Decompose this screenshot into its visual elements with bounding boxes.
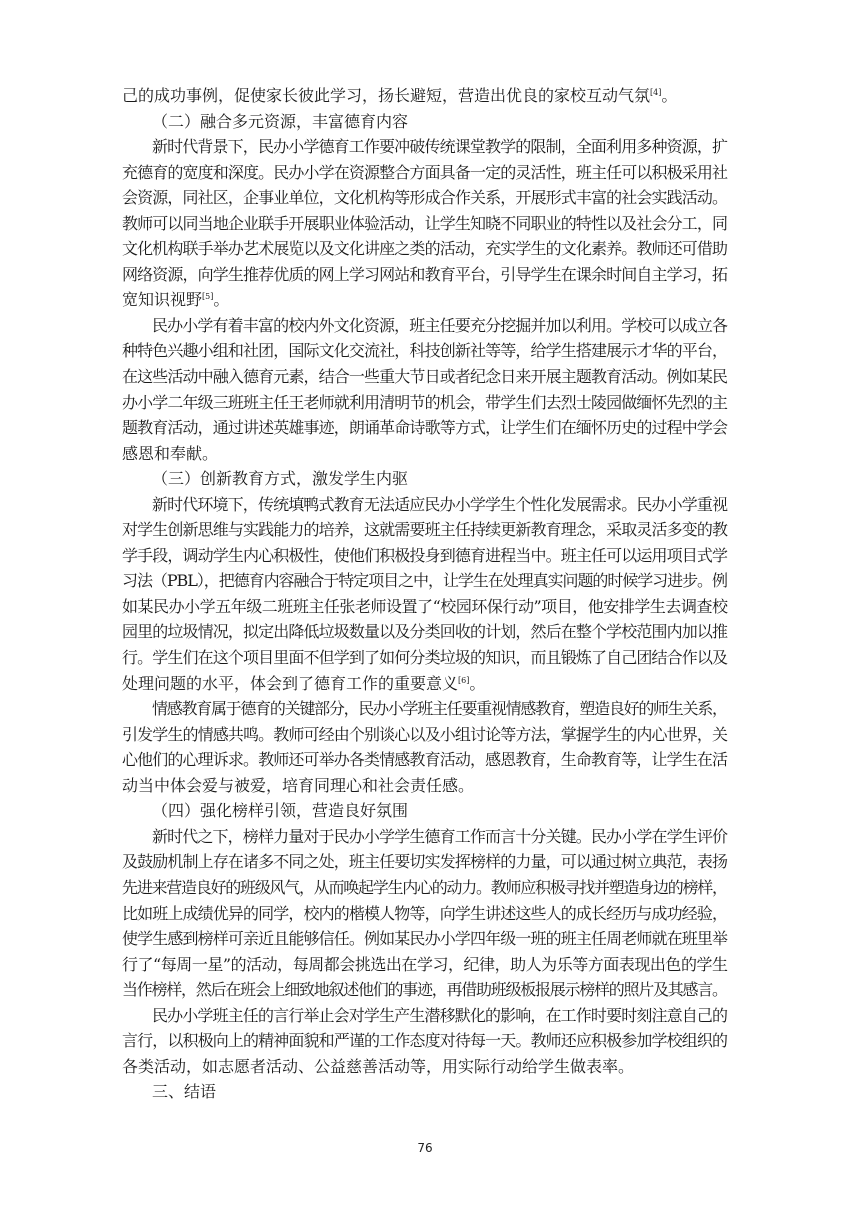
line-text: 网络资源，向学生推荐优质的网上学习网站和教育平台，引导学生在课余时间自主学习，拓 (122, 265, 727, 284)
line-text: 种特色兴趣小组和社团，国际文化交流社，科技创新社等等，给学生搭建展示才华的平台， (122, 341, 727, 360)
line-text: 民办小学有着丰富的校内外文化资源，班主任要充分挖掘并加以利用。学校可以成立各 (152, 316, 727, 335)
section-heading: 三、结语 (122, 1079, 728, 1105)
text-line: 网络资源，向学生推荐优质的网上学习网站和教育平台，引导学生在课余时间自主学习，拓 (122, 262, 728, 288)
line-text: 情感教育属于德育的关键部分，民办小学班主任要重视情感教育，塑造良好的师生关系， (152, 699, 727, 718)
line-text: 先进来营造良好的班级风气，从而唤起学生内心的动力。教师应积极寻找并塑造身边的榜样… (122, 878, 727, 897)
line-text: 学手段，调动学生内心积极性，使他们积极投身到德育进程当中。班主任可以运用项目式学 (122, 546, 727, 565)
citation-marker: [4] (650, 88, 661, 97)
text-line: 使学生感到榜样可亲近且能够信任。例如某民办小学四年级一班的班主任周老师就在班里举 (122, 926, 728, 952)
body-text: 己的成功事例，促使家长彼此学习，扬长避短，营造出优良的家校互动气氛[4]。（二）… (122, 83, 728, 1105)
text-line: 在这些活动中融入德育元素，结合一些重大节日或者纪念日来开展主题教育活动。例如某民 (122, 364, 728, 390)
text-line: 新时代背景下，民办小学德育工作要冲破传统课堂教学的限制，全面利用多种资源，扩 (122, 134, 728, 160)
line-text: 各类活动，如志愿者活动、公益慈善活动等，用实际行动给学生做表率。 (122, 1057, 634, 1076)
line-text: （三）创新教育方式，激发学生内驱 (152, 469, 408, 488)
line-text: 新时代背景下，民办小学德育工作要冲破传统课堂教学的限制，全面利用多种资源，扩 (152, 137, 727, 156)
text-line: 学手段，调动学生内心积极性，使他们积极投身到德育进程当中。班主任可以运用项目式学 (122, 543, 728, 569)
line-text: 题教育活动，通过讲述英雄事迹，朗诵革命诗歌等方式，让学生们在缅怀历史的过程中学会 (122, 418, 727, 437)
text-line: 新时代环境下，传统填鸭式教育无法适应民办小学学生个性化发展需求。民办小学重视 (122, 492, 728, 518)
line-text: 及鼓励机制上存在诸多不同之处，班主任要切实发挥榜样的力量，可以通过树立典范，表扬 (122, 852, 727, 871)
text-line: 处理问题的水平，体会到了德育工作的重要意义[6]。 (122, 671, 728, 697)
line-text: 使学生感到榜样可亲近且能够信任。例如某民办小学四年级一班的班主任周老师就在班里举 (122, 929, 727, 948)
text-line: 习法（PBL），把德育内容融合于特定项目之中，让学生在处理真实问题的时候学习进步… (122, 568, 728, 594)
text-line: 当作榜样，然后在班会上细致地叙述他们的事迹，再借助班级板报展示榜样的照片及其感言… (122, 977, 728, 1003)
section-heading: （三）创新教育方式，激发学生内驱 (122, 466, 728, 492)
text-line: 言行，以积极向上的精神面貌和严谨的工作态度对待每一天。教师还应积极参加学校组织的 (122, 1028, 728, 1054)
line-text: 宽知识视野 (122, 290, 202, 309)
line-text: （四）强化榜样引领，营造良好氛围 (152, 801, 408, 820)
text-line: 教师可以同当地企业联手开展职业体验活动，让学生知晓不同职业的特性以及社会分工，同 (122, 211, 728, 237)
text-line: 文化机构联手举办艺术展览以及文化讲座之类的活动，充实学生的文化素养。教师还可借助 (122, 236, 728, 262)
line-text: 在这些活动中融入德育元素，结合一些重大节日或者纪念日来开展主题教育活动。例如某民 (122, 367, 727, 386)
citation-marker: [5] (202, 292, 213, 301)
line-text: 心他们的心理诉求。教师还可举办各类情感教育活动，感恩教育，生命教育等，让学生在活 (122, 750, 727, 769)
section-heading: （二）融合多元资源，丰富德育内容 (122, 109, 728, 135)
text-line: 新时代之下，榜样力量对于民办小学学生德育工作而言十分关键。民办小学在学生评价 (122, 824, 728, 850)
line-text: 言行，以积极向上的精神面貌和严谨的工作态度对待每一天。教师还应积极参加学校组织的 (122, 1031, 727, 1050)
text-line: 充德育的宽度和深度。民办小学在资源整合方面具备一定的灵活性，班主任可以积极采用社 (122, 160, 728, 186)
text-line: 会资源，同社区，企事业单位，文化机构等形成合作关系，开展形式丰富的社会实践活动。 (122, 185, 728, 211)
line-text: 对学生创新思维与实践能力的培养，这就需要班主任持续更新教育理念，采取灵活多变的教 (122, 520, 727, 539)
section-heading: （四）强化榜样引领，营造良好氛围 (122, 798, 728, 824)
text-line: 各类活动，如志愿者活动、公益慈善活动等，用实际行动给学生做表率。 (122, 1054, 728, 1080)
line-text: 如某民办小学五年级二班班主任张老师设置了“校园环保行动”项目，他安排学生去调查校 (122, 597, 728, 616)
line-text: 新时代环境下，传统填鸭式教育无法适应民办小学学生个性化发展需求。民办小学重视 (152, 495, 727, 514)
text-line: 感恩和奉献。 (122, 441, 728, 467)
line-text: 感恩和奉献。 (122, 444, 218, 463)
text-line: 如某民办小学五年级二班班主任张老师设置了“校园环保行动”项目，他安排学生去调查校 (122, 594, 728, 620)
line-tail: 。 (661, 86, 677, 105)
text-line: 比如班上成绩优异的同学，校内的楷模人物等，向学生讲述这些人的成长经历与成功经验， (122, 901, 728, 927)
line-text: （二）融合多元资源，丰富德育内容 (152, 112, 408, 131)
line-text: 动当中体会爱与被爱，培育同理心和社会责任感。 (122, 776, 474, 795)
text-line: 园里的垃圾情况，拟定出降低垃圾数量以及分类回收的计划，然后在整个学校范围内加以推 (122, 619, 728, 645)
line-text: 办小学二年级三班班主任王老师就利用清明节的机会，带学生们去烈士陵园做缅怀先烈的主 (122, 393, 727, 412)
line-text: 行。学生们在这个项目里面不但学到了如何分类垃圾的知识，而且锻炼了自己团结合作以及 (122, 648, 727, 667)
line-text: 园里的垃圾情况，拟定出降低垃圾数量以及分类回收的计划，然后在整个学校范围内加以推 (122, 622, 727, 641)
text-line: 对学生创新思维与实践能力的培养，这就需要班主任持续更新教育理念，采取灵活多变的教 (122, 517, 728, 543)
line-text: 教师可以同当地企业联手开展职业体验活动，让学生知晓不同职业的特性以及社会分工，同 (122, 214, 727, 233)
line-text: 己的成功事例，促使家长彼此学习，扬长避短，营造出优良的家校互动气氛 (122, 86, 650, 105)
text-line: 引发学生的情感共鸣。教师可经由个别谈心以及小组讨论等方法，掌握学生的内心世界，关 (122, 722, 728, 748)
text-line: 行了“每周一星”的活动，每周都会挑选出在学习，纪律，助人为乐等方面表现出色的学生 (122, 952, 728, 978)
line-text: 处理问题的水平，体会到了德育工作的重要意义 (122, 674, 458, 693)
document-page: 己的成功事例，促使家长彼此学习，扬长避短，营造出优良的家校互动气氛[4]。（二）… (0, 0, 850, 1205)
line-tail: 。 (213, 290, 229, 309)
text-line: 己的成功事例，促使家长彼此学习，扬长避短，营造出优良的家校互动气氛[4]。 (122, 83, 728, 109)
line-text: 比如班上成绩优异的同学，校内的楷模人物等，向学生讲述这些人的成长经历与成功经验， (122, 904, 727, 923)
line-text: 会资源，同社区，企事业单位，文化机构等形成合作关系，开展形式丰富的社会实践活动。 (122, 188, 727, 207)
text-line: 题教育活动，通过讲述英雄事迹，朗诵革命诗歌等方式，让学生们在缅怀历史的过程中学会 (122, 415, 728, 441)
line-text: 习法（PBL），把德育内容融合于特定项目之中，让学生在处理真实问题的时候学习进步… (122, 571, 727, 590)
citation-marker: [6] (458, 676, 469, 685)
line-tail: 。 (469, 674, 485, 693)
line-text: 充德育的宽度和深度。民办小学在资源整合方面具备一定的灵活性，班主任可以积极采用社 (122, 163, 727, 182)
line-text: 文化机构联手举办艺术展览以及文化讲座之类的活动，充实学生的文化素养。教师还可借助 (122, 239, 727, 258)
line-text: 当作榜样，然后在班会上细致地叙述他们的事迹，再借助班级板报展示榜样的照片及其感言… (122, 980, 727, 999)
text-line: 心他们的心理诉求。教师还可举办各类情感教育活动，感恩教育，生命教育等，让学生在活 (122, 747, 728, 773)
text-line: 及鼓励机制上存在诸多不同之处，班主任要切实发挥榜样的力量，可以通过树立典范，表扬 (122, 849, 728, 875)
text-line: 办小学二年级三班班主任王老师就利用清明节的机会，带学生们去烈士陵园做缅怀先烈的主 (122, 390, 728, 416)
line-text: 行了“每周一星”的活动，每周都会挑选出在学习，纪律，助人为乐等方面表现出色的学生 (122, 955, 728, 974)
text-line: 宽知识视野[5]。 (122, 287, 728, 313)
line-text: 民办小学班主任的言行举止会对学生产生潜移默化的影响，在工作时要时刻注意自己的 (152, 1006, 727, 1025)
page-number: 76 (0, 1141, 850, 1155)
text-line: 民办小学有着丰富的校内外文化资源，班主任要充分挖掘并加以利用。学校可以成立各 (122, 313, 728, 339)
text-line: 先进来营造良好的班级风气，从而唤起学生内心的动力。教师应积极寻找并塑造身边的榜样… (122, 875, 728, 901)
line-text: 新时代之下，榜样力量对于民办小学学生德育工作而言十分关键。民办小学在学生评价 (152, 827, 727, 846)
line-text: 三、结语 (152, 1082, 216, 1101)
line-text: 引发学生的情感共鸣。教师可经由个别谈心以及小组讨论等方法，掌握学生的内心世界，关 (122, 725, 727, 744)
text-line: 情感教育属于德育的关键部分，民办小学班主任要重视情感教育，塑造良好的师生关系， (122, 696, 728, 722)
text-line: 民办小学班主任的言行举止会对学生产生潜移默化的影响，在工作时要时刻注意自己的 (122, 1003, 728, 1029)
text-line: 种特色兴趣小组和社团，国际文化交流社，科技创新社等等，给学生搭建展示才华的平台， (122, 338, 728, 364)
text-line: 动当中体会爱与被爱，培育同理心和社会责任感。 (122, 773, 728, 799)
text-line: 行。学生们在这个项目里面不但学到了如何分类垃圾的知识，而且锻炼了自己团结合作以及 (122, 645, 728, 671)
